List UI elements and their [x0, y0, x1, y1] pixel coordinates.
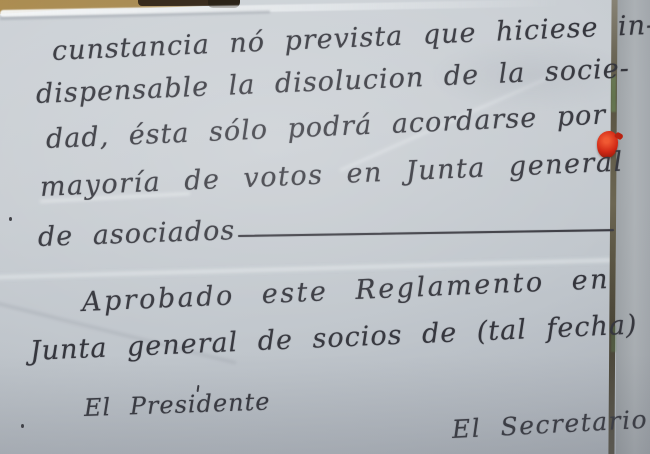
- signature-title-presidente: El Presidente: [83, 386, 270, 422]
- ink-dot: [9, 217, 12, 221]
- ink-dot: [21, 424, 24, 428]
- ink-flourish-line: [238, 229, 614, 237]
- manuscript-photo: cunstancia nó prevista que hiciese in- d…: [0, 0, 650, 454]
- manuscript-line-4: mayoría de votos en Junta general: [39, 146, 624, 205]
- manuscript-line-5: de asociados: [37, 214, 235, 255]
- manuscript-line-6: Aprobado este Reglamento en: [81, 263, 611, 320]
